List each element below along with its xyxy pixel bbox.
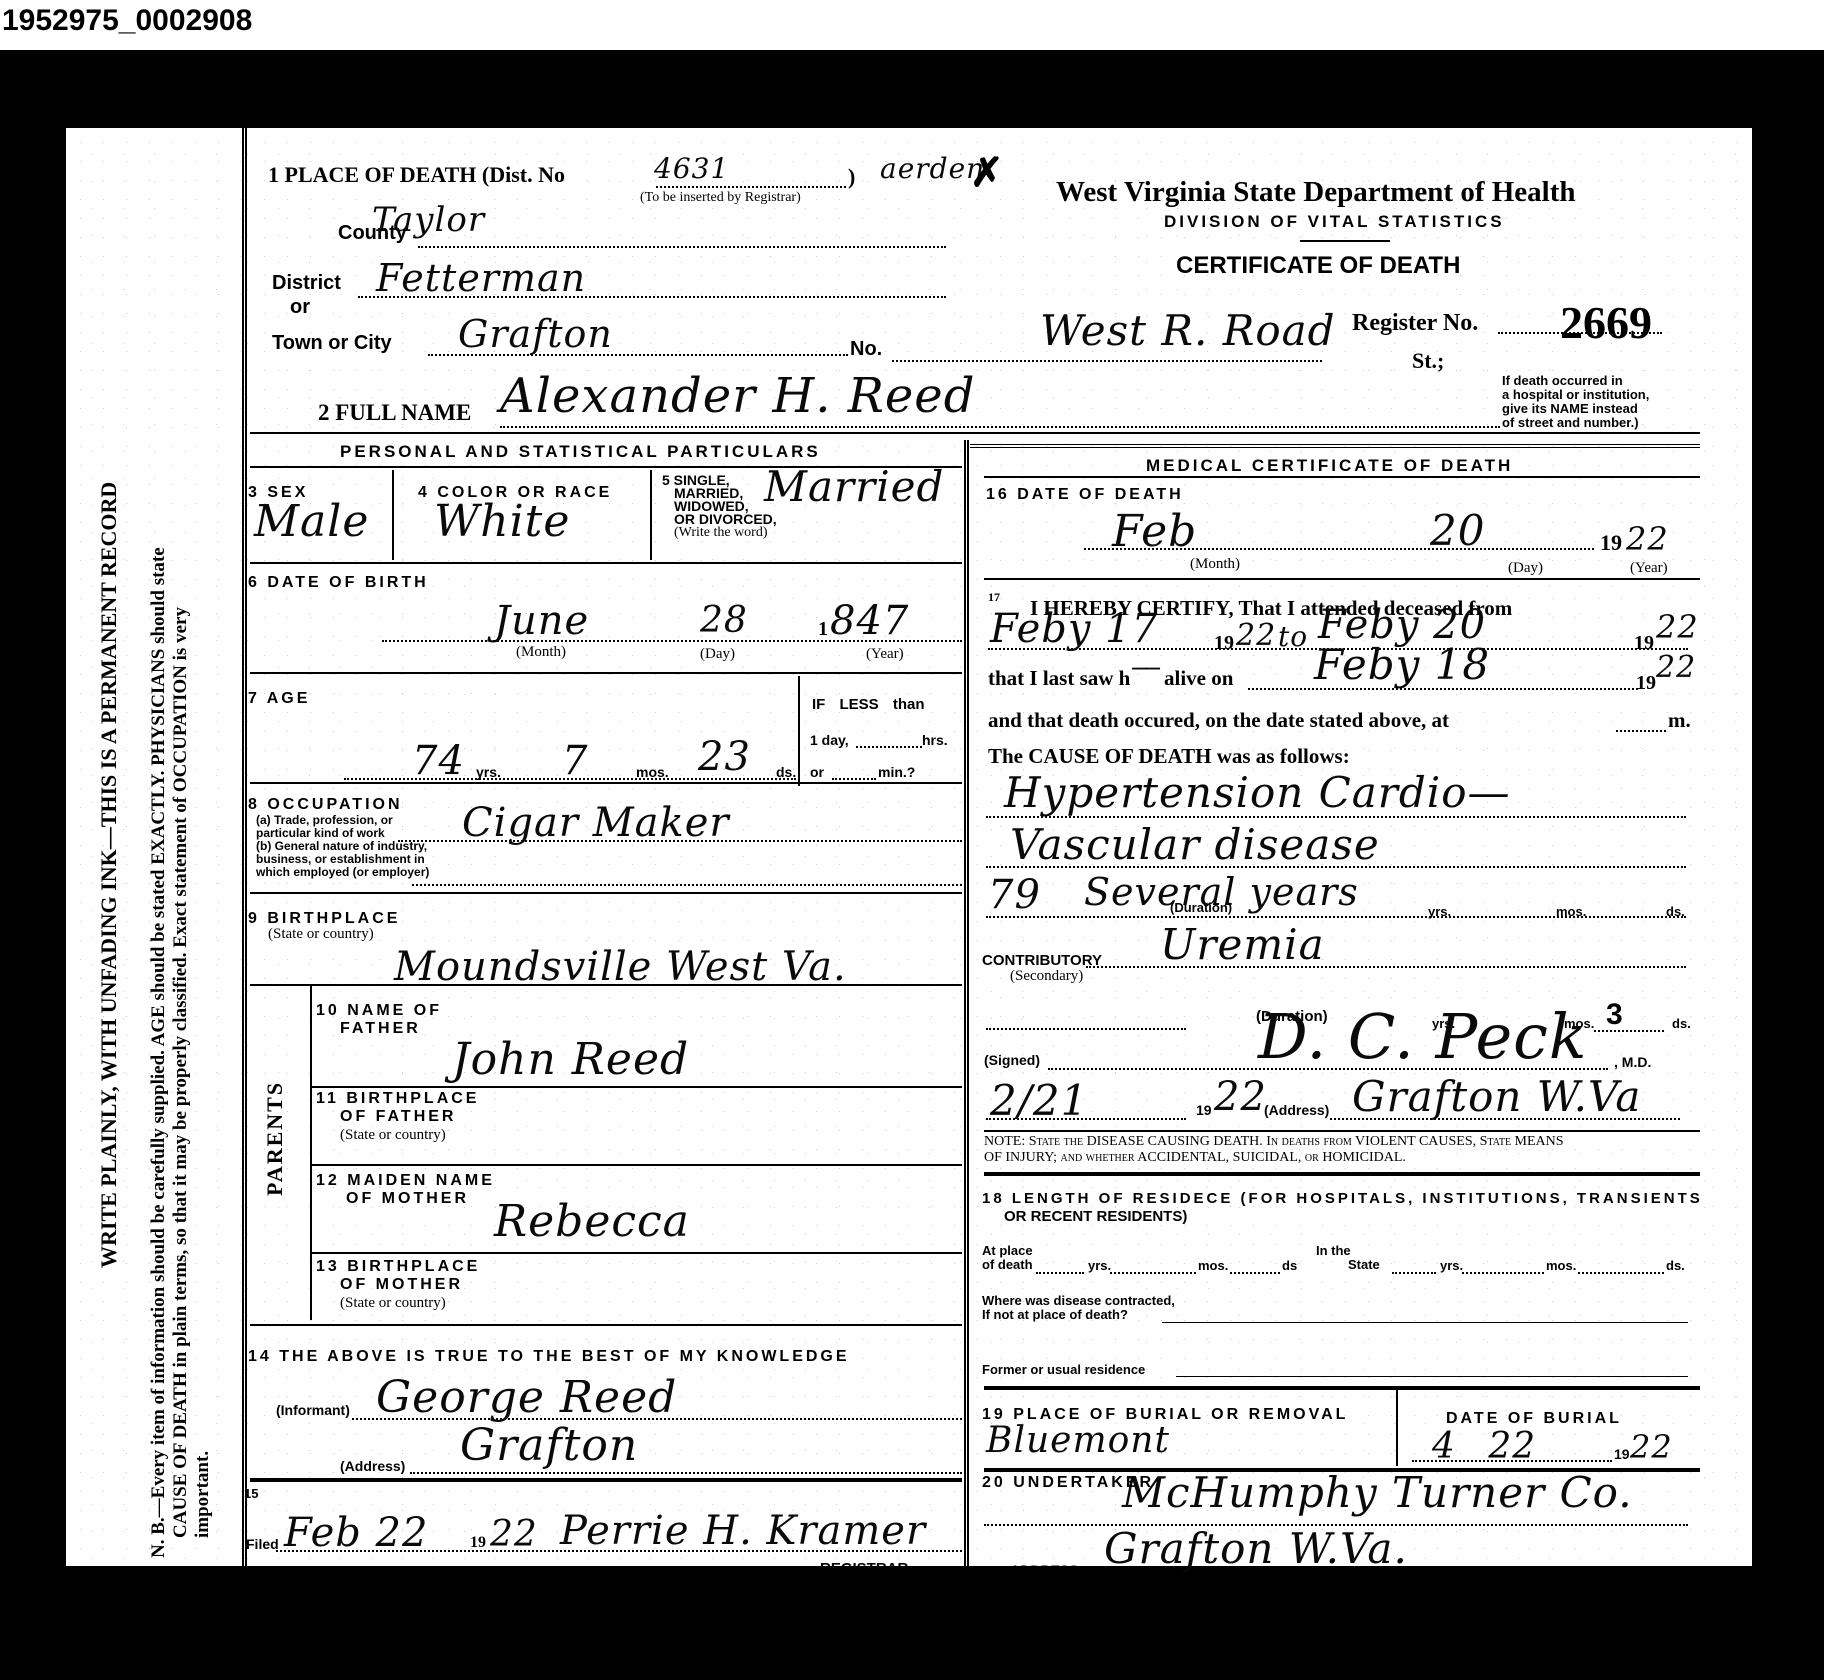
marital-label-line: (Write the word)	[662, 526, 777, 539]
rule-under-informant	[250, 1478, 962, 1482]
full-name-value: Alexander H. Reed	[500, 368, 975, 424]
state-yrs-rule	[1392, 1272, 1436, 1274]
occupation-b-line: which employed (or employer)	[256, 866, 429, 879]
mother-name-value: Rebecca	[494, 1196, 690, 1247]
age-less-divider	[798, 676, 800, 786]
place-of-death-label: 1 PLACE OF DEATH (Dist. No	[268, 162, 565, 188]
personal-section-title: PERSONAL AND STATISTICAL PARTICULARS	[340, 442, 821, 462]
street-value: West R. Road	[1040, 306, 1336, 355]
burial-date-value: 4 22	[1432, 1426, 1536, 1467]
dob-month: June	[494, 598, 589, 644]
rule-under-sex	[250, 562, 962, 564]
physician-signature: D. C. Peck	[1258, 1000, 1587, 1073]
informant-address-label: (Address)	[340, 1458, 405, 1474]
full-name-line	[500, 426, 1500, 428]
father-birthplace-label-line: 11 BIRTHPLACE	[316, 1090, 479, 1108]
hrs-line	[856, 746, 922, 748]
dod-label: 16 DATE OF DEATH	[986, 486, 1184, 504]
contributory-label: CONTRIBUTORY	[982, 952, 1102, 969]
rule-medical-top	[970, 444, 1700, 448]
contracted-label-line: Where was disease contracted,	[982, 1294, 1175, 1308]
state-mos-rule	[1462, 1272, 1544, 1274]
dod-year: 22	[1626, 520, 1669, 558]
age-mos-label: mos.	[636, 764, 669, 780]
age-yrs-label: yrs.	[476, 764, 501, 780]
or-min-label: or	[810, 764, 824, 780]
margin-line-important: important.	[192, 1451, 214, 1538]
birthplace-value: Moundsville West Va.	[394, 944, 847, 990]
hospital-note-line: If death occurred in	[1502, 374, 1649, 388]
division-title: DIVISION OF VITAL STATISTICS	[1164, 212, 1505, 232]
age-months: 7	[562, 738, 588, 784]
attended-from-year-prefix: 19	[1214, 632, 1234, 655]
rule-under-mother-birthplace	[250, 1324, 962, 1326]
one-day-label: 1 day,	[810, 732, 849, 748]
race-marital-divider	[650, 470, 652, 560]
margin-notes: WRITE PLAINLY, WITH UNFADING INK—THIS IS…	[66, 128, 242, 1566]
dob-month-caption: (Month)	[516, 644, 566, 661]
dob-year: 847	[830, 598, 909, 644]
rule-under-note	[984, 1172, 1700, 1176]
dod-year-caption: (Year)	[1630, 560, 1668, 577]
contracted-label-line: If not at place of death?	[982, 1308, 1175, 1322]
father-birthplace-label-line: OF FATHER	[316, 1108, 479, 1126]
undertaker-address-rule	[1084, 1574, 1688, 1576]
father-birthplace-label-line: (State or country)	[316, 1126, 479, 1144]
signed-label: (Signed)	[984, 1052, 1040, 1068]
state-ds-label: ds.	[1666, 1258, 1685, 1273]
registrar-note: (To be inserted by Registrar)	[640, 190, 801, 206]
hospital-note-line: a hospital or institution,	[1502, 388, 1649, 402]
marital-label: 5 SINGLE, MARRIED, WIDOWED, OR DIVORCED,…	[662, 474, 777, 539]
image-id-label: 1952975_0002908	[2, 4, 252, 48]
occupation-b-line	[412, 884, 962, 886]
res-mos-rule	[1110, 1272, 1196, 1274]
informant-value: George Reed	[376, 1372, 677, 1423]
res-ds-rule	[1230, 1272, 1280, 1274]
or-label: or	[290, 296, 310, 319]
district-value: Fetterman	[376, 256, 586, 300]
rule-under-mother	[312, 1252, 962, 1254]
last-saw-pronoun-dash: ―	[1132, 650, 1161, 683]
father-name-value: John Reed	[452, 1034, 689, 1085]
last-saw-year: 22	[1656, 650, 1696, 685]
dist-no-value: 4631	[654, 152, 729, 185]
rule-under-occupation	[250, 892, 962, 894]
cause-mos-label: mos.	[1556, 904, 1586, 919]
margin-line-nb: N. B.—Every item of information should b…	[148, 547, 170, 1558]
rule-above-burial	[984, 1386, 1700, 1390]
parents-side-label: PARENTS	[262, 1081, 288, 1196]
medical-section-title: MEDICAL CERTIFICATE OF DEATH	[1146, 456, 1513, 476]
dob-year-caption: (Year)	[866, 646, 904, 663]
informant-address-value: Grafton	[460, 1420, 638, 1471]
register-number: 2669	[1560, 296, 1652, 349]
registrar-label: REGISTRAR.	[820, 1560, 913, 1577]
attended-to-label: to	[1278, 620, 1308, 653]
undertaker-address-label: ADDRESS	[1010, 1562, 1078, 1578]
death-occurred-text: and that death occured, on the date stat…	[988, 708, 1449, 733]
occupation-a-label: (a) Trade, profession, or particular kin…	[256, 814, 393, 840]
cause-code: 79	[988, 872, 1041, 918]
attended-to-year: 22	[1656, 608, 1699, 646]
age-label: 7 AGE	[248, 690, 310, 708]
last-saw-date: Feby 18	[1314, 640, 1490, 689]
father-name-label-line: FATHER	[316, 1020, 442, 1038]
signed-year: 22	[1214, 1074, 1267, 1120]
dist-no-close: )	[848, 164, 855, 190]
birthplace-sub-label: (State or country)	[268, 926, 374, 943]
center-divider	[964, 440, 969, 1568]
former-residence-label: Former or usual residence	[982, 1362, 1145, 1377]
mother-birthplace-label-line: 13 BIRTHPLACE	[316, 1258, 480, 1276]
at-place-label-line: At place	[982, 1244, 1033, 1258]
dod-day-caption: (Day)	[1508, 560, 1543, 577]
town-label: Town or City	[272, 332, 392, 355]
attended-to-year-prefix: 19	[1634, 632, 1654, 655]
md-label: , M.D.	[1614, 1054, 1651, 1070]
margin-line-permanent-record: WRITE PLAINLY, WITH UNFADING INK—THIS IS…	[96, 482, 122, 1268]
state-mos-label: mos.	[1546, 1258, 1576, 1273]
informant-statement: 14 THE ABOVE IS TRUE TO THE BEST OF MY K…	[248, 1348, 850, 1366]
sex-race-divider	[392, 470, 394, 560]
dob-year-prefix: 1	[818, 618, 828, 641]
contracted-label: Where was disease contracted, If not at …	[982, 1294, 1175, 1322]
father-name-label-line: 10 NAME OF	[316, 1002, 442, 1020]
registrar-mark-icon: ✗	[970, 150, 1004, 196]
contracted-rule	[1162, 1322, 1688, 1323]
mother-name-label: 12 MAIDEN NAME OF MOTHER	[316, 1172, 495, 1208]
district-label: District	[272, 272, 341, 295]
mother-birthplace-label: 13 BIRTHPLACE OF MOTHER (State or countr…	[316, 1258, 480, 1312]
marital-value: Married	[764, 462, 944, 511]
res-ds-label: ds	[1282, 1258, 1297, 1273]
hospital-note-line: give its NAME instead	[1502, 402, 1649, 416]
mother-name-label-line: 12 MAIDEN NAME	[316, 1172, 495, 1190]
division-underline	[1300, 240, 1390, 242]
secondary-label: (Secondary)	[1010, 968, 1083, 985]
undertaker-address: Grafton W.Va.	[1104, 1524, 1408, 1573]
mother-birthplace-label-line: OF MOTHER	[316, 1276, 480, 1294]
parents-divider	[310, 986, 312, 1320]
in-state-label: In the State	[1316, 1244, 1380, 1272]
hospital-note: If death occurred in a hospital or insti…	[1502, 374, 1649, 430]
certificate-title: CERTIFICATE OF DEATH	[1176, 252, 1460, 280]
rule-under-father	[312, 1086, 962, 1088]
in-state-label-line: In the	[1316, 1244, 1380, 1258]
state-ds-rule	[1578, 1272, 1664, 1274]
county-line	[418, 246, 946, 248]
filed-year-prefix: 19	[470, 1534, 486, 1552]
hospital-note-line: of street and number.)	[1502, 416, 1649, 430]
residence-label: 18 LENGTH OF RESIDECE (FOR HOSPITALS, IN…	[982, 1190, 1703, 1207]
dist-no-line	[656, 186, 846, 188]
race-value: White	[434, 496, 570, 547]
min-line	[832, 778, 876, 780]
filing-number: 15	[244, 1486, 258, 1501]
undertaker-value: McHumphy Turner Co.	[1122, 1468, 1633, 1517]
occupation-b-label: (b) General nature of industry, business…	[256, 840, 429, 879]
dod-year-prefix: 19	[1600, 530, 1622, 556]
note-line2: OF INJURY; and whether ACCIDENTAL, SUICI…	[984, 1150, 1406, 1166]
father-name-label: 10 NAME OF FATHER	[316, 1002, 442, 1038]
informant-address-line	[410, 1472, 962, 1474]
dod-day: 20	[1430, 506, 1485, 555]
street-line	[892, 360, 1322, 362]
cause-ds-label: ds.	[1666, 904, 1685, 919]
in-state-label-line: State	[1316, 1258, 1380, 1272]
filed-label: Filed	[246, 1536, 279, 1552]
mother-birthplace-label-line: (State or country)	[316, 1294, 480, 1312]
rule-under-age	[250, 782, 962, 784]
department-title: West Virginia State Department of Health	[1056, 176, 1576, 209]
county-value: Taylor	[372, 200, 485, 240]
signed-address: Grafton W.Va	[1352, 1072, 1641, 1121]
age-ds-label: ds.	[776, 764, 796, 780]
at-place-label: At place of death	[982, 1244, 1033, 1272]
last-saw-label: that I last saw h	[988, 666, 1130, 691]
signed-address-label: (Address)	[1264, 1102, 1329, 1118]
register-label: Register No.	[1352, 310, 1478, 337]
town-value: Grafton	[458, 312, 613, 356]
full-name-label: 2 FULL NAME	[318, 400, 471, 426]
st-label: St.;	[1412, 348, 1444, 374]
rule-under-dob	[250, 672, 962, 674]
last-saw-year-prefix: 19	[1636, 672, 1656, 695]
rule-above-note	[984, 1130, 1700, 1132]
certify-number: 17	[988, 590, 1000, 605]
registrar-signature: Perrie H. Kramer	[560, 1508, 926, 1554]
burial-year: 22	[1630, 1428, 1673, 1466]
rule-under-dod	[984, 578, 1700, 580]
cause-label: The CAUSE OF DEATH was as follows:	[988, 744, 1350, 769]
mother-name-label-line: OF MOTHER	[316, 1190, 495, 1208]
res-yrs-label: yrs.	[1088, 1258, 1111, 1273]
contributory-value: Uremia	[1160, 920, 1325, 969]
death-time-line	[1616, 730, 1666, 732]
cause-yrs-label: yrs.	[1428, 904, 1451, 919]
dod-month-caption: (Month)	[1190, 556, 1240, 573]
state-yrs-label: yrs.	[1440, 1258, 1463, 1273]
sex-value: Male	[254, 496, 369, 547]
father-birthplace-label: 11 BIRTHPLACE OF FATHER (State or countr…	[316, 1090, 479, 1144]
filed-date: Feb 22	[284, 1510, 428, 1556]
street-no-label: No.	[850, 338, 882, 361]
informant-label: (Informant)	[276, 1402, 350, 1418]
occupation-value: Cigar Maker	[462, 800, 730, 846]
res-mos-label: mos.	[1198, 1258, 1228, 1273]
contrib-duration-days: 3	[1606, 998, 1623, 1032]
occupation-label: 8 OCCUPATION	[248, 796, 403, 814]
alive-on-label: alive on	[1164, 666, 1233, 691]
rule-under-name	[250, 432, 1700, 434]
dob-day: 28	[700, 600, 748, 641]
dod-month: Feb	[1112, 506, 1197, 557]
if-less-label: IF LESS than	[812, 696, 925, 713]
cause-duration: Several years	[1084, 870, 1359, 914]
dob-label: 6 DATE OF BIRTH	[248, 574, 429, 592]
residence-label-2: OR RECENT RESIDENTS)	[1004, 1208, 1187, 1225]
signed-date: 2/21	[990, 1076, 1088, 1125]
burial-place-value: Bluemont	[986, 1420, 1170, 1461]
residence-label-line: 18 LENGTH OF RESIDECE (FOR HOSPITALS, IN…	[982, 1190, 1703, 1207]
min-label: min.?	[878, 764, 915, 780]
margin-line-cause: CAUSE OF DEATH in plain terms, so that i…	[170, 607, 192, 1538]
res-yrs-rule	[1036, 1272, 1084, 1274]
former-residence-rule	[1176, 1376, 1688, 1377]
at-place-label-line: of death	[982, 1258, 1033, 1272]
cause-line2: Vascular disease	[1010, 820, 1380, 869]
attended-from: Feby 17	[990, 606, 1158, 652]
burial-year-prefix: 19	[1614, 1446, 1630, 1462]
frame-left-border	[242, 128, 247, 1568]
rule-medical-title	[984, 476, 1700, 478]
note-line1: NOTE: State the DISEASE CAUSING DEATH. I…	[984, 1134, 1564, 1150]
hrs-label: hrs.	[922, 732, 948, 748]
signed-year-prefix: 19	[1196, 1102, 1212, 1118]
filed-year: 22	[490, 1514, 538, 1555]
contrib-days-rule	[1594, 1030, 1664, 1032]
age-days: 23	[698, 734, 751, 780]
cause-line1: Hypertension Cardio—	[1004, 768, 1511, 817]
dob-day-caption: (Day)	[700, 646, 735, 663]
attended-from-year: 22	[1236, 618, 1276, 653]
rule-under-father-birthplace	[312, 1164, 962, 1166]
contrib-ds-label: ds.	[1672, 1016, 1691, 1031]
age-years: 74	[412, 738, 465, 784]
burial-divider	[1396, 1390, 1398, 1466]
contrib-duration-rule	[986, 1028, 1186, 1030]
m-label: m.	[1668, 708, 1691, 733]
